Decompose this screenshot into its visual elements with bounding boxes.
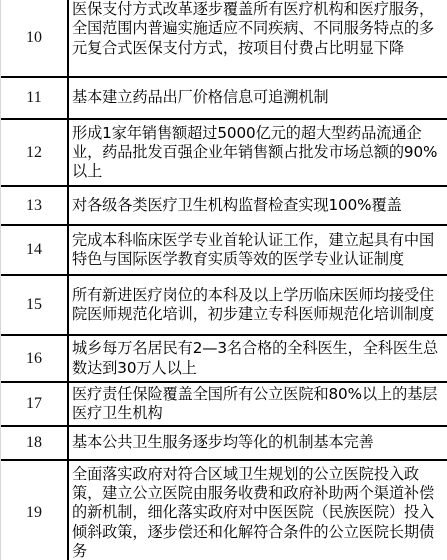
row-number: 13	[1, 187, 69, 224]
table-row-14: 14 完成本科临床医学专业首轮认证工作，建立起具有中国特色与国际医学教育实质等效…	[1, 226, 447, 276]
table-row-12: 12 形成1家年销售额超过5000亿元的超大型药品流通企业，药品批发百强企业年销…	[1, 120, 447, 187]
table-row-11: 11 基本建立药品出厂价格信息可追溯机制	[1, 78, 447, 120]
row-description: 全面落实政府对符合区域卫生规划的公立医院投入政策，建立公立医院由服务收费和政府补…	[69, 461, 447, 560]
row-description-text: 完成本科临床医学专业首轮认证工作，建立起具有中国特色与国际医学教育实质等效的医学…	[72, 231, 445, 270]
row-description: 完成本科临床医学专业首轮认证工作，建立起具有中国特色与国际医学教育实质等效的医学…	[69, 226, 447, 274]
targets-table: 10 医保支付方式改革逐步覆盖所有医疗机构和医疗服务，全国范围内普遍实施适应不同…	[0, 0, 447, 560]
table-row-10: 10 医保支付方式改革逐步覆盖所有医疗机构和医疗服务，全国范围内普遍实施适应不同…	[1, 0, 447, 78]
table-row-17: 17 医疗责任保险覆盖全国所有公立医院和80%以上的基层医疗卫生机构	[1, 383, 447, 427]
row-description-text: 所有新进医疗岗位的本科及以上学历临床医师均接受住院医师规范化培训，初步建立专科医…	[72, 286, 445, 325]
table-row-16: 16 城乡每万名居民有2—3名合格的全科医生，全科医生总数达到30万人以上	[1, 336, 447, 383]
table-row-15: 15 所有新进医疗岗位的本科及以上学历临床医师均接受住院医师规范化培训，初步建立…	[1, 276, 447, 336]
row-description-text: 全面落实政府对符合区域卫生规划的公立医院投入政策，建立公立医院由服务收费和政府补…	[72, 465, 445, 560]
row-number: 15	[1, 276, 69, 334]
row-description-text: 城乡每万名居民有2—3名合格的全科医生，全科医生总数达到30万人以上	[72, 339, 445, 378]
row-description-text: 基本建立药品出厂价格信息可追溯机制	[72, 88, 445, 107]
row-description: 基本公共卫生服务逐步均等化的机制基本完善	[69, 427, 447, 459]
row-description-text: 基本公共卫生服务逐步均等化的机制基本完善	[72, 433, 445, 452]
table-row-18: 18 基本公共卫生服务逐步均等化的机制基本完善	[1, 427, 447, 461]
row-description: 医保支付方式改革逐步覆盖所有医疗机构和医疗服务，全国范围内普遍实施适应不同疾病、…	[69, 0, 447, 76]
row-number: 10	[1, 0, 69, 76]
row-number: 19	[1, 461, 69, 560]
row-number: 18	[1, 427, 69, 459]
row-number: 14	[1, 226, 69, 274]
table-row-19: 19 全面落实政府对符合区域卫生规划的公立医院投入政策，建立公立医院由服务收费和…	[1, 461, 447, 560]
row-description: 形成1家年销售额超过5000亿元的超大型药品流通企业，药品批发百强企业年销售额占…	[69, 120, 447, 185]
row-description-text: 形成1家年销售额超过5000亿元的超大型药品流通企业，药品批发百强企业年销售额占…	[72, 124, 445, 182]
row-description: 基本建立药品出厂价格信息可追溯机制	[69, 78, 447, 118]
row-description-text: 医疗责任保险覆盖全国所有公立医院和80%以上的基层医疗卫生机构	[72, 385, 445, 424]
row-number: 17	[1, 383, 69, 425]
row-description: 城乡每万名居民有2—3名合格的全科医生，全科医生总数达到30万人以上	[69, 336, 447, 381]
row-description-text: 对各级各类医疗卫生机构监督检查实现100%覆盖	[72, 196, 445, 215]
row-description-text: 医保支付方式改革逐步覆盖所有医疗机构和医疗服务，全国范围内普遍实施适应不同疾病、…	[72, 0, 445, 58]
row-description: 所有新进医疗岗位的本科及以上学历临床医师均接受住院医师规范化培训，初步建立专科医…	[69, 276, 447, 334]
row-number: 11	[1, 78, 69, 118]
table-row-13: 13 对各级各类医疗卫生机构监督检查实现100%覆盖	[1, 187, 447, 226]
row-number: 12	[1, 120, 69, 185]
row-number: 16	[1, 336, 69, 381]
row-description: 医疗责任保险覆盖全国所有公立医院和80%以上的基层医疗卫生机构	[69, 383, 447, 425]
row-description: 对各级各类医疗卫生机构监督检查实现100%覆盖	[69, 187, 447, 224]
